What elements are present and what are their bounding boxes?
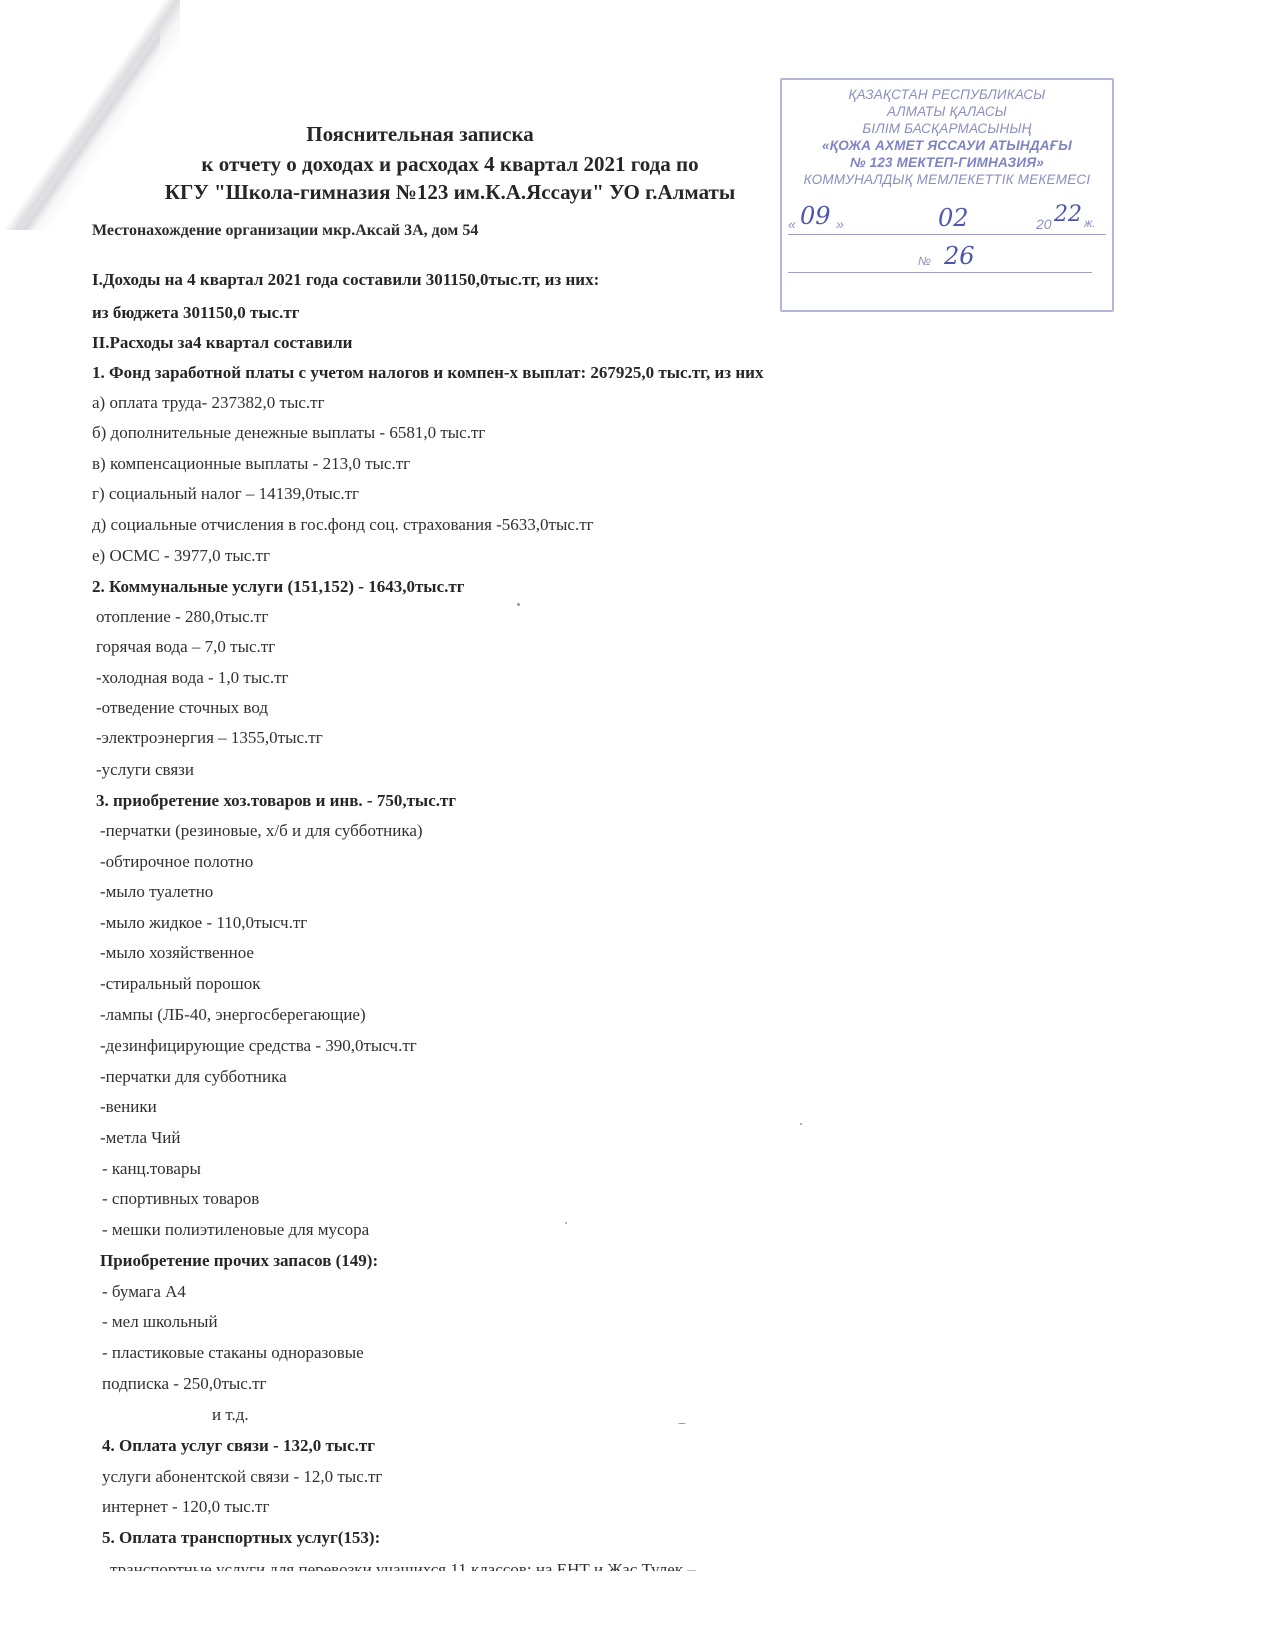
section-heading: II.Расходы за4 квартал составили bbox=[92, 333, 352, 353]
line-item: д) социальные отчисления в гос.фонд соц.… bbox=[92, 515, 594, 535]
line-item: -холодная вода - 1,0 тыс.тг bbox=[96, 668, 288, 688]
document-organization: КГУ "Школа-гимназия №123 им.К.А.Яссауи" … bbox=[70, 180, 830, 205]
stamp-day: 09 bbox=[800, 202, 831, 230]
stamp-number-line: № 26 bbox=[788, 242, 1092, 273]
scan-speck bbox=[517, 603, 520, 606]
stamp-line: «ҚОЖА АХМЕТ ЯССАУИ АТЫНДАҒЫ bbox=[782, 137, 1112, 154]
stamp-line: КОММУНАЛДЫҚ МЕМЛЕКЕТТІК МЕКЕМЕСІ bbox=[782, 171, 1112, 188]
line-item: - мешки полиэтиленовые для мусора bbox=[102, 1220, 369, 1240]
line-item: - пластиковые стаканы одноразовые bbox=[102, 1343, 364, 1363]
line-item: - спортивных товаров bbox=[102, 1189, 259, 1209]
section-heading: из бюджета 301150,0 тыс.тг bbox=[92, 303, 300, 323]
line-item: е) ОСМС - 3977,0 тыс.тг bbox=[92, 546, 270, 566]
stamp-year-prefix: 20 bbox=[1036, 216, 1052, 232]
section-heading: 5. Оплата транспортных услуг(153): bbox=[102, 1528, 380, 1548]
line-item: б) дополнительные денежные выплаты - 658… bbox=[92, 423, 485, 443]
line-item: -услуги связи bbox=[96, 760, 194, 780]
line-item: -веники bbox=[100, 1097, 157, 1117]
line-item: подписка - 250,0тыс.тг bbox=[102, 1374, 267, 1394]
scan-speck bbox=[800, 1123, 802, 1125]
stamp-number: 26 bbox=[944, 242, 975, 270]
line-item: -лампы (ЛБ-40, энергосберегающие) bbox=[100, 1005, 366, 1025]
scan-speck bbox=[565, 1222, 567, 1224]
line-item: интернет - 120,0 тыс.тг bbox=[102, 1497, 269, 1517]
stamp-line: БІЛІМ БАСҚАРМАСЫНЫҢ bbox=[782, 120, 1112, 137]
section-heading: 2. Коммунальные услуги (151,152) - 1643,… bbox=[92, 577, 464, 597]
section-heading: 4. Оплата услуг связи - 132,0 тыс.тг bbox=[102, 1436, 375, 1456]
line-item: -мыло хозяйственное bbox=[100, 943, 254, 963]
section-heading: Приобретение прочих запасов (149): bbox=[100, 1251, 378, 1271]
line-item: -метла Чий bbox=[100, 1128, 181, 1148]
section-heading: 1. Фонд заработной платы с учетом налого… bbox=[92, 363, 763, 383]
organization-location: Местонахождение организации мкр.Аксай 3А… bbox=[92, 222, 478, 240]
stamp-year: 22 bbox=[1054, 202, 1082, 227]
section-heading: 3. приобретение хоз.товаров и инв. - 750… bbox=[96, 791, 456, 811]
quote-open: « bbox=[788, 216, 796, 232]
line-item: отопление - 280,0тыс.тг bbox=[96, 607, 268, 627]
line-item: -отведение сточных вод bbox=[96, 698, 268, 718]
line-item: в) компенсационные выплаты - 213,0 тыс.т… bbox=[92, 454, 410, 474]
line-item: -перчатки (резиновые, х/б и для субботни… bbox=[100, 821, 423, 841]
line-item: услуги абонентской связи - 12,0 тыс.тг bbox=[102, 1467, 382, 1487]
number-sign: № bbox=[918, 254, 931, 268]
line-item: -дезинфицирующие средства - 390,0тысч.тг bbox=[100, 1036, 417, 1056]
quote-close: » bbox=[836, 216, 844, 232]
line-item: а) оплата труда- 237382,0 тыс.тг bbox=[92, 393, 325, 413]
stamp-date-line: « 09 » 02 20 22 ж. bbox=[788, 204, 1106, 235]
stamp-year-suffix: ж. bbox=[1084, 216, 1096, 230]
line-item: -стиральный порошок bbox=[100, 974, 260, 994]
line-item: - бумага А4 bbox=[102, 1282, 186, 1302]
line-item: -перчатки для субботника bbox=[100, 1067, 287, 1087]
line-item: -мыло туалетно bbox=[100, 882, 213, 902]
stamp-month: 02 bbox=[938, 204, 969, 232]
line-item: горячая вода – 7,0 тыс.тг bbox=[96, 637, 275, 657]
stamp-line: АЛМАТЫ ҚАЛАСЫ bbox=[782, 103, 1112, 120]
section-heading: I.Доходы на 4 квартал 2021 года составил… bbox=[92, 270, 599, 290]
document-subtitle: к отчету о доходах и расходах 4 квартал … bbox=[130, 152, 770, 177]
stamp-line: № 123 МЕКТЕП-ГИМНАЗИЯ» bbox=[782, 154, 1112, 171]
line-item: и т.д. bbox=[212, 1405, 249, 1425]
scan-speck bbox=[678, 1423, 686, 1424]
document-title: Пояснительная записка bbox=[220, 122, 620, 147]
stamp-line: ҚАЗАҚСТАН РЕСПУБЛИКАСЫ bbox=[782, 86, 1112, 103]
line-item: г) социальный налог – 14139,0тыс.тг bbox=[92, 484, 359, 504]
registration-stamp: ҚАЗАҚСТАН РЕСПУБЛИКАСЫ АЛМАТЫ ҚАЛАСЫ БІЛ… bbox=[780, 78, 1114, 312]
line-item: - канц.товары bbox=[102, 1159, 201, 1179]
line-item: -электроэнергия – 1355,0тыс.тг bbox=[96, 728, 323, 748]
line-item: транспортные услуги для перевозки учащих… bbox=[110, 1560, 696, 1580]
line-item: -мыло жидкое - 110,0тысч.тг bbox=[100, 913, 307, 933]
line-item: -обтирочное полотно bbox=[100, 852, 253, 872]
line-item: - мел школьный bbox=[102, 1312, 218, 1332]
